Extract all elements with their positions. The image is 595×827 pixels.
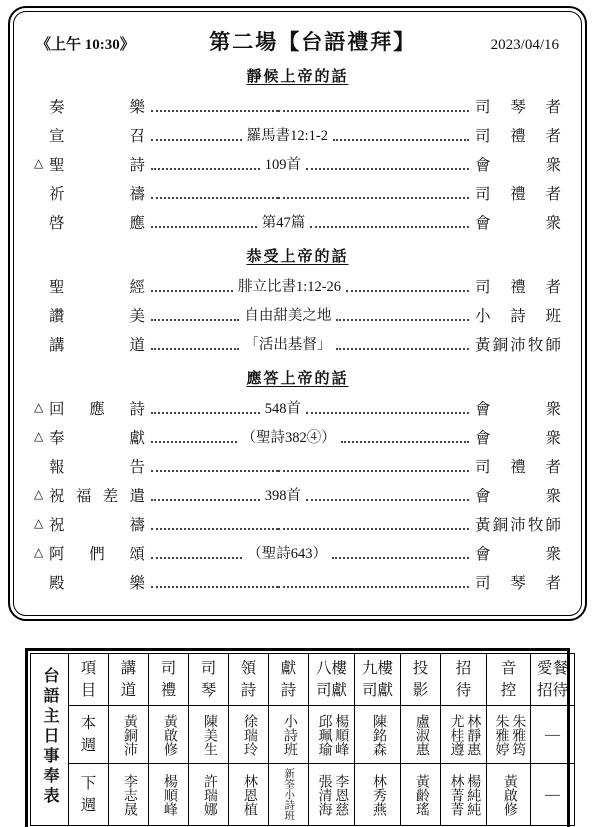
duty-cell: 黃啟修	[149, 706, 189, 764]
duty-col-header: 司 琴	[189, 654, 229, 706]
duty-col-header: 司 禮	[149, 654, 189, 706]
duty-cell: 林恩植	[229, 764, 269, 826]
dotted-leader: 自由甜美之地	[151, 304, 469, 325]
liturgy-item: 報告 司禮者	[34, 451, 561, 480]
liturgy-item-detail: 第47篇	[257, 211, 311, 232]
liturgy-item: 奏樂 司琴者	[34, 91, 561, 120]
liturgy-item-name: 講道	[49, 333, 145, 355]
dotted-leader: （聖詩643）	[151, 542, 469, 563]
duty-cell: 李恩慈 張清海	[309, 764, 355, 826]
duty-col-header: 項 目	[69, 654, 109, 706]
liturgy-item-name: 祈禱	[49, 182, 145, 204]
worship-order-box: 《上午 10:30》 第二場【台語禮拜】 2023/04/16 靜候上帝的話 奏…	[8, 6, 587, 621]
triangle-marker: △	[34, 545, 49, 560]
dotted-leader: 腓立比書1:12-26	[151, 275, 469, 296]
liturgy-item-role: 小詩班	[475, 304, 561, 326]
duty-cell: 陳美生	[189, 706, 229, 764]
triangle-marker: △	[34, 400, 49, 415]
duty-cell: 朱雅筠 朱雅婷	[487, 706, 531, 764]
dotted-leader	[151, 191, 469, 195]
dotted-leader: 398首	[151, 484, 469, 505]
liturgy-item-role: 司禮者	[475, 275, 561, 297]
bulletin-header: 《上午 10:30》 第二場【台語禮拜】 2023/04/16	[34, 24, 561, 56]
liturgy-item: 祈禱 司禮者	[34, 178, 561, 207]
liturgy-item-name: 奏樂	[49, 95, 145, 117]
duty-cell: 新筌小詩班	[269, 764, 309, 826]
liturgy-item-name: 宣召	[49, 124, 145, 146]
liturgy-item-name: 聖詩	[49, 153, 145, 175]
duty-cell: 黃銅沛	[109, 706, 149, 764]
duty-table-side-title: 台語主日事奉表	[31, 654, 69, 826]
duty-col-header: 投 影	[401, 654, 441, 706]
liturgy-item-name: 殿樂	[49, 571, 145, 593]
duty-cell: 楊純純 林菁菁	[441, 764, 487, 826]
duty-cell: —	[531, 764, 575, 826]
duty-col-header: 愛餐 招待	[531, 654, 575, 706]
duty-row-next-week: 下 週 李志晟 楊順峰 許瑞娜 林恩植 新筌小詩班 李恩慈 張清海 林秀燕 黃齡…	[31, 764, 575, 826]
section-title: 靜候上帝的話	[34, 65, 561, 86]
liturgy-item: △ 祝禱 黃銅沛牧師	[34, 509, 561, 538]
duty-col-header: 領 詩	[229, 654, 269, 706]
liturgy-item: △ 祝福差遣 398首 會衆	[34, 480, 561, 509]
liturgy-item: 聖經 腓立比書1:12-26 司禮者	[34, 271, 561, 300]
worship-order-box-inner: 《上午 10:30》 第二場【台語禮拜】 2023/04/16 靜候上帝的話 奏…	[13, 11, 582, 616]
dotted-leader: 第47篇	[151, 211, 469, 232]
liturgy-item: 宣召 羅馬書12:1-2 司禮者	[34, 120, 561, 149]
liturgy-item-role: 司禮者	[475, 455, 561, 477]
duty-cell: 盧淑惠	[401, 706, 441, 764]
duty-cell: 許瑞娜	[189, 764, 229, 826]
liturgy-item: △ 阿們頌 （聖詩643） 會衆	[34, 538, 561, 567]
liturgy-item: 講道 「活出基督」 黃銅沛牧師	[34, 329, 561, 358]
page-title: 第二場【台語禮拜】	[209, 26, 416, 56]
liturgy-item-detail: 腓立比書1:12-26	[233, 275, 346, 296]
triangle-marker: △	[34, 516, 49, 531]
duty-col-header: 音 控	[487, 654, 531, 706]
liturgy-item-detail: 羅馬書12:1-2	[242, 124, 333, 145]
duty-roster-table: 台語主日事奉表 項 目 講 道 司 禮 司 琴 領 詩 獻 詩 八樓 司獻 九樓…	[25, 648, 570, 827]
duty-cell: 楊順峰	[149, 764, 189, 826]
liturgy-item-role: 司琴者	[475, 571, 561, 593]
liturgy-item-role: 黃銅沛牧師	[475, 513, 561, 535]
service-time: 《上午 10:30》	[36, 33, 135, 54]
liturgy-item-detail: （聖詩382④）	[237, 426, 341, 447]
liturgy-item-name: 祝福差遣	[49, 484, 145, 506]
service-date: 2023/04/16	[491, 37, 559, 54]
duty-cell: 黃啟修	[487, 764, 531, 826]
liturgy-item-role: 司禮者	[475, 124, 561, 146]
liturgy-item-role: 會衆	[475, 542, 561, 564]
liturgy-item: △ 回應詩 548首 會衆	[34, 393, 561, 422]
liturgy-item-role: 會衆	[475, 426, 561, 448]
liturgy-item-role: 黃銅沛牧師	[475, 333, 561, 355]
liturgy-item-name: 祝禱	[49, 513, 145, 535]
liturgy-item-name: 讚美	[49, 304, 145, 326]
duty-row-label: 本 週	[69, 706, 109, 764]
liturgy-item-name: 回應詩	[49, 397, 145, 419]
duty-cell: 徐瑞玲	[229, 706, 269, 764]
dotted-leader	[151, 580, 469, 584]
liturgy-item-role: 司琴者	[475, 95, 561, 117]
duty-cell: —	[531, 706, 575, 764]
bulletin-page: 《上午 10:30》 第二場【台語禮拜】 2023/04/16 靜候上帝的話 奏…	[0, 0, 595, 827]
liturgy-item-name: 奉獻	[49, 426, 145, 448]
triangle-marker: △	[34, 487, 49, 502]
duty-cell: 林秀燕	[355, 764, 401, 826]
liturgy-item-detail: 109首	[260, 153, 306, 174]
duty-row-this-week: 本 週 黃銅沛 黃啟修 陳美生 徐瑞玲 小詩班 楊順峰 邱珮瑜 陳銘森 盧淑惠 …	[31, 706, 575, 764]
triangle-marker: △	[34, 156, 49, 171]
liturgy-item-role: 司禮者	[475, 182, 561, 204]
triangle-marker: △	[34, 429, 49, 444]
duty-col-header: 招 待	[441, 654, 487, 706]
liturgy-item: △ 聖詩 109首 會衆	[34, 149, 561, 178]
liturgy-item-role: 會衆	[475, 484, 561, 506]
duty-cell: 黃齡瑤	[401, 764, 441, 826]
liturgy-item-detail: （聖詩643）	[242, 542, 332, 563]
liturgy-item-detail: 自由甜美之地	[239, 304, 336, 325]
dotted-leader	[151, 522, 469, 526]
dotted-leader	[151, 464, 469, 468]
liturgy-item-name: 報告	[49, 455, 145, 477]
dotted-leader	[151, 104, 469, 108]
duty-cell: 李志晟	[109, 764, 149, 826]
duty-cell: 楊順峰 邱珮瑜	[309, 706, 355, 764]
section-title: 應答上帝的話	[34, 367, 561, 388]
dotted-leader: 「活出基督」	[151, 333, 469, 354]
dotted-leader: 109首	[151, 153, 469, 174]
liturgy-item-detail: 「活出基督」	[239, 333, 336, 354]
duty-col-header: 獻 詩	[269, 654, 309, 706]
duty-col-header: 八樓 司獻	[309, 654, 355, 706]
duty-row-label: 下 週	[69, 764, 109, 826]
liturgy-item: 讚美 自由甜美之地 小詩班	[34, 300, 561, 329]
section-title: 恭受上帝的話	[34, 245, 561, 266]
liturgy-item-detail: 548首	[260, 397, 306, 418]
liturgy-item-role: 會衆	[475, 211, 561, 233]
duty-cell: 林靜惠 尤桂遵	[441, 706, 487, 764]
liturgy-item-detail: 398首	[260, 484, 306, 505]
liturgy-item: 殿樂 司琴者	[34, 567, 561, 596]
duty-cell: 陳銘森	[355, 706, 401, 764]
dotted-leader: （聖詩382④）	[151, 426, 469, 447]
duty-cell: 小詩班	[269, 706, 309, 764]
liturgy-item-role: 會衆	[475, 153, 561, 175]
liturgy-item: 啓應 第47篇 會衆	[34, 207, 561, 236]
liturgy-item-name: 啓應	[49, 211, 145, 233]
liturgy-item-name: 阿們頌	[49, 542, 145, 564]
duty-col-header: 九樓 司獻	[355, 654, 401, 706]
liturgy-item-name: 聖經	[49, 275, 145, 297]
dotted-leader: 548首	[151, 397, 469, 418]
liturgy-item: △ 奉獻 （聖詩382④） 會衆	[34, 422, 561, 451]
duty-col-header: 講 道	[109, 654, 149, 706]
dotted-leader: 羅馬書12:1-2	[151, 124, 469, 145]
liturgy-item-role: 會衆	[475, 397, 561, 419]
